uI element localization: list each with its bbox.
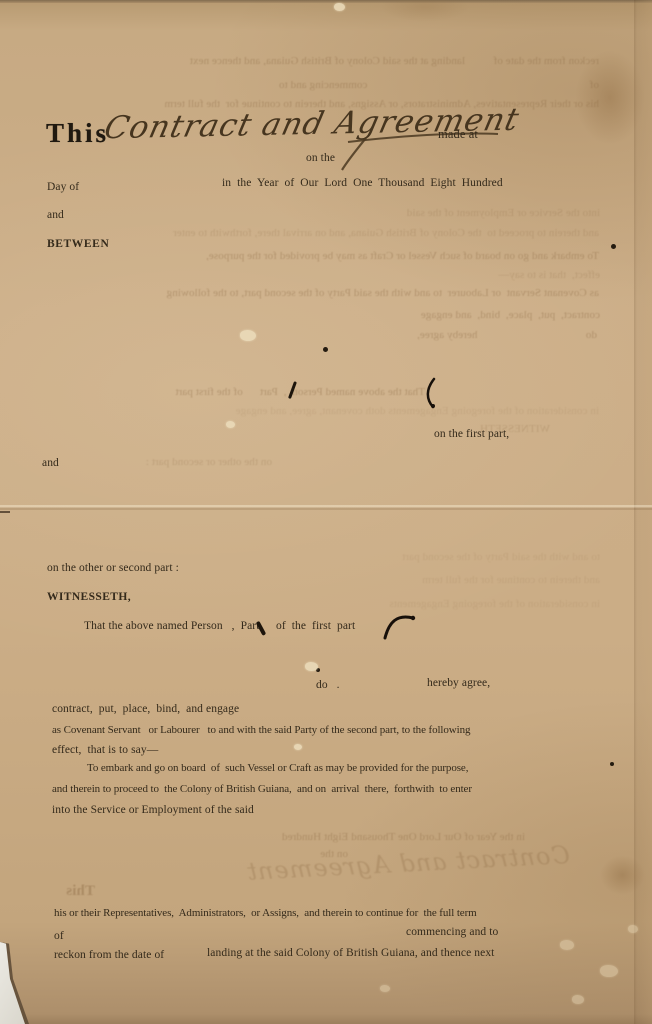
ink-mark-curl [420,377,440,411]
bleedthrough-line: in the Year of Our Lord One Thousand Eig… [165,831,525,843]
ink-dot [611,244,616,249]
bleedthrough-line: to and with the said Party of the second… [320,551,600,563]
fold-edge-nick [0,511,10,513]
bleedthrough-line: contract, put, place, bind, and engage [300,309,600,321]
ink-mark-hook [383,610,417,642]
covenant-line: as Covenant Servant or Labourer to and w… [52,724,470,736]
of-label: of [54,930,64,942]
year-line: in the Year of Our Lord One Thousand Eig… [222,177,503,189]
bleedthrough-line: do hereby agree, [160,329,597,341]
on-the-label: on the [306,152,335,164]
bleedthrough-line: in consideration of the foregoing Engage… [320,598,600,610]
of-first-part-line: of the first part [276,620,355,632]
bleedthrough-line: and therein to proceed to the Colony of … [47,227,599,239]
paper-top-edge [0,0,652,3]
second-part-label: on the other or second part : [47,562,179,574]
bleedthrough-line: of commencing and to [47,79,599,91]
bleedthrough-line: effect, that is to say— [360,269,600,281]
paper-loss-speck [380,985,390,992]
script-flourish-tail [340,138,370,172]
ink-dot [323,347,328,352]
bleedthrough-line: as Covenant Servant or Labourer to and w… [47,287,599,299]
do-label: do . [316,679,340,691]
bleedthrough-line: in consideration of the foregoing Engage… [47,405,599,417]
landing-line: landing at the said Colony of British Gu… [207,947,494,959]
paper-loss-speck [572,995,584,1004]
mat-background [0,942,30,1024]
embark-line: To embark and go on board of such Vessel… [87,762,468,774]
paper-loss-speck [560,940,574,950]
paper-loss-speck [334,3,345,11]
document-scan: reckon from the date of landing at the s… [0,0,652,1024]
bleedthrough-line: That the above named Person , Part of th… [85,386,425,398]
hereby-agree-label: hereby agree, [427,677,490,689]
paper-loss-speck [600,965,618,977]
paper-loss-speck [305,662,318,671]
paper-loss-speck [294,744,302,750]
effect-line: effect, that is to say— [52,744,158,756]
paper-loss-speck [240,330,256,341]
bleedthrough-line: To embark and go on board of such Vessel… [47,250,599,262]
witnesseth-label: WITNESSETH, [47,591,131,603]
first-part-label: on the first part, [434,428,509,440]
between-label: BETWEEN [47,238,109,250]
commencing-label: commencing and to [406,926,498,938]
bleedthrough-line: and therein to continue for the full ter… [320,574,600,586]
contract-put-line: contract, put, place, bind, and engage [52,703,239,715]
word-this: This [46,118,109,149]
stain [575,50,645,145]
bleedthrough-line: reckon from the date of landing at the s… [47,55,599,67]
person-part-line: That the above named Person , Part [84,620,260,632]
reckon-label: reckon from the date of [54,949,164,961]
bleedthrough-line: into the Service or Employment of the sa… [200,207,600,219]
proceed-line: and therein to proceed to the Colony of … [52,783,472,795]
and-label-2: and [42,457,59,469]
day-of-label: Day of [47,181,79,193]
torn-corner [0,942,30,1024]
bleedthrough-line: on the other or second part : [72,456,272,468]
and-label-1: and [47,209,64,221]
horizontal-fold-crease [0,505,652,510]
representatives-line: his or their Representatives, Administra… [54,907,477,919]
service-line: into the Service or Employment of the sa… [52,804,254,816]
paper-loss-speck [226,421,235,428]
ink-dot [610,762,614,766]
made-at-label: made at [438,127,478,142]
bleedthrough-this: This [50,883,95,900]
paper-loss-speck [628,925,638,933]
stain [600,855,645,895]
